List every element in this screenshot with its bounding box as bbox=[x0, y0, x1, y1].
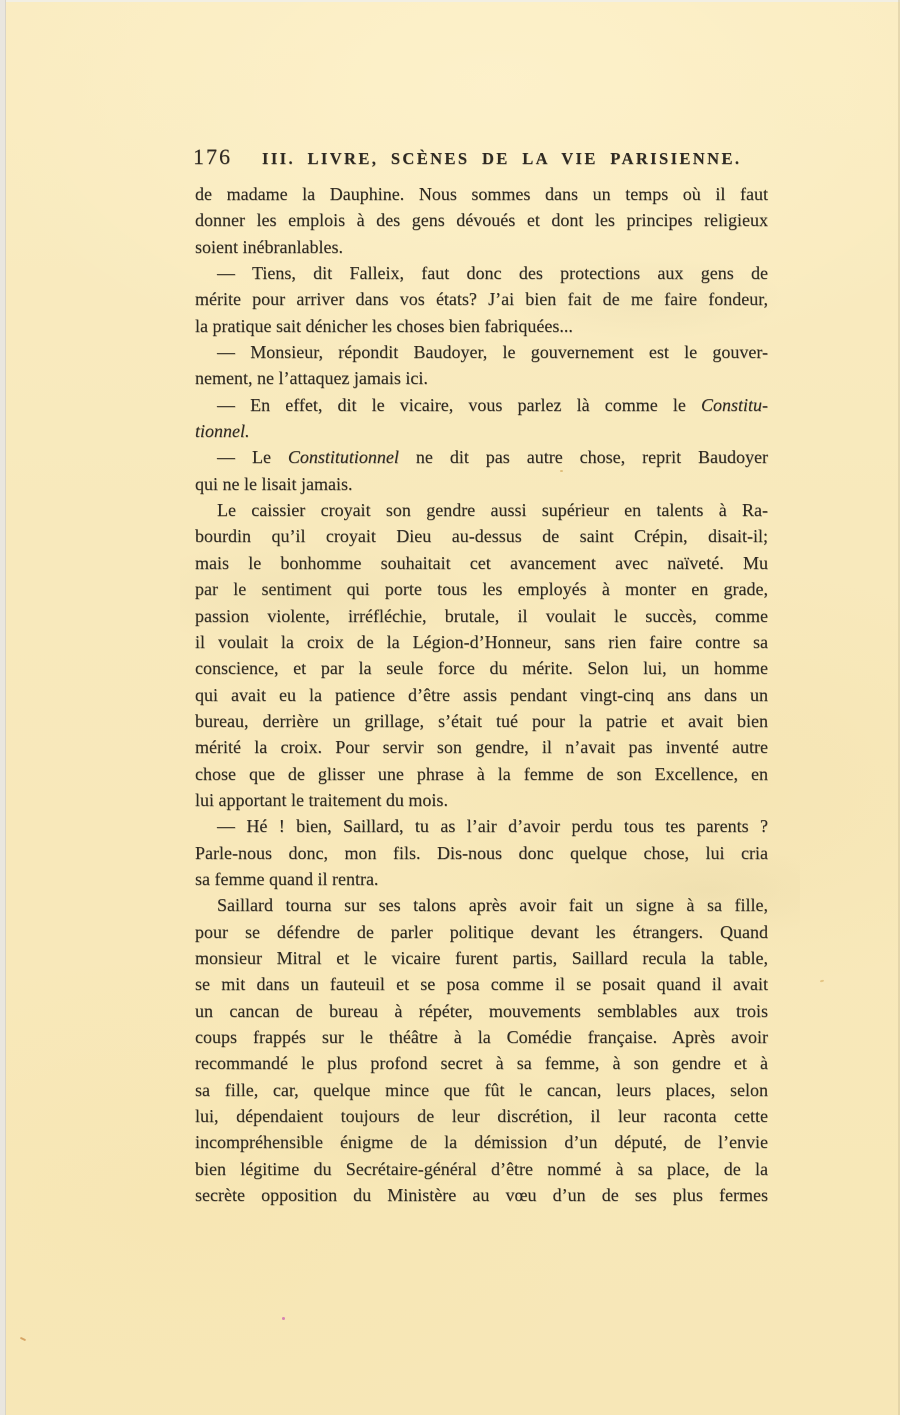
text-line: conscience, et par la seule force du mér… bbox=[195, 655, 768, 681]
text-line: donner les emplois à des gens dévoués et… bbox=[195, 207, 768, 233]
text-line: nement, ne l’attaquez jamais ici. bbox=[195, 365, 768, 391]
text-line: mérite pour arriver dans vos états? J’ai… bbox=[195, 286, 768, 312]
text-segment: qui ne le lisait jamais. bbox=[195, 474, 352, 494]
text-line: monsieur Mitral et le vicaire furent par… bbox=[195, 945, 768, 971]
text-segment: un cancan de bureau à répéter, mouvement… bbox=[195, 1001, 768, 1021]
text-line: — Le Constitutionnel ne dit pas autre ch… bbox=[195, 444, 768, 470]
paragraph: Le caissier croyait son gendre aussi sup… bbox=[195, 497, 768, 813]
paragraph: — Le Constitutionnel ne dit pas autre ch… bbox=[195, 444, 768, 497]
text-segment: secrète opposition du Ministère au vœu d… bbox=[195, 1185, 768, 1205]
text-line: un cancan de bureau à répéter, mouvement… bbox=[195, 998, 768, 1024]
text-segment: qui avait eu la patience d’être assis pe… bbox=[195, 685, 768, 705]
text-segment: la pratique sait dénicher les choses bie… bbox=[195, 316, 573, 336]
text-segment: par le sentiment qui porte tous les empl… bbox=[195, 579, 768, 599]
text-line: bureau, derrière un grillage, s’était tu… bbox=[195, 708, 768, 734]
text-segment: bourdin qu’il croyait Dieu au-dessus de … bbox=[195, 526, 768, 546]
text-line: mais le bonhomme souhaitait cet avanceme… bbox=[195, 550, 768, 576]
paper-speck bbox=[282, 1317, 285, 1320]
running-title: III. LIVRE, SCÈNES DE LA VIE PARISIENNE. bbox=[262, 149, 741, 169]
text-line: qui ne le lisait jamais. bbox=[195, 471, 768, 497]
text-segment: passion violente, irréfléchie, brutale, … bbox=[195, 606, 768, 626]
text-line: mérité la croix. Pour servir son gendre,… bbox=[195, 734, 768, 760]
text-segment: nement, ne l’attaquez jamais ici. bbox=[195, 368, 428, 388]
text-line: bien légitime du Secrétaire-général d’êt… bbox=[195, 1156, 768, 1182]
text-segment: bien légitime du Secrétaire-général d’êt… bbox=[195, 1159, 768, 1179]
text-segment: mérité la croix. Pour servir son gendre,… bbox=[195, 737, 768, 757]
text-line: soient inébranlables. bbox=[195, 234, 768, 260]
text-line: tionnel. bbox=[195, 418, 768, 444]
text-segment: sa fille, car, quelque mince que fût le … bbox=[195, 1080, 768, 1100]
text-segment: se mit dans un fauteuil et se posa comme… bbox=[195, 974, 768, 994]
text-segment: soient inébranlables. bbox=[195, 237, 343, 257]
text-line: Saillard tourna sur ses talons après avo… bbox=[195, 892, 768, 918]
text-segment: sa femme quand il rentra. bbox=[195, 869, 378, 889]
text-segment: Parle-nous donc, mon fils. Dis-nous donc… bbox=[195, 843, 768, 863]
text-segment: incompréhensible énigme de la démission … bbox=[195, 1132, 768, 1152]
text-line: coups frappés sur le théâtre à la Comédi… bbox=[195, 1024, 768, 1050]
text-segment: ne dit pas autre chose, reprit Baudoyer bbox=[399, 447, 768, 467]
text-segment: lui, dépendaient toujours de leur discré… bbox=[195, 1106, 768, 1126]
italic-text-segment: Constitu- bbox=[701, 395, 768, 415]
text-line: par le sentiment qui porte tous les empl… bbox=[195, 576, 768, 602]
text-line: bourdin qu’il croyait Dieu au-dessus de … bbox=[195, 523, 768, 549]
text-line: Parle-nous donc, mon fils. Dis-nous donc… bbox=[195, 840, 768, 866]
text-segment: de madame la Dauphine. Nous sommes dans … bbox=[195, 184, 768, 204]
paragraph: de madame la Dauphine. Nous sommes dans … bbox=[195, 181, 768, 260]
text-segment: coups frappés sur le théâtre à la Comédi… bbox=[195, 1027, 768, 1047]
scanned-book-page: 176 III. LIVRE, SCÈNES DE LA VIE PARISIE… bbox=[0, 0, 900, 1415]
text-line: — Tiens, dit Falleix, faut donc des prot… bbox=[195, 260, 768, 286]
text-segment: il voulait la croix de la Légion-d’Honne… bbox=[195, 632, 768, 652]
text-line: sa femme quand il rentra. bbox=[195, 866, 768, 892]
scan-edge-left bbox=[0, 0, 6, 1415]
paragraph: Saillard tourna sur ses talons après avo… bbox=[195, 892, 768, 1208]
text-line: de madame la Dauphine. Nous sommes dans … bbox=[195, 181, 768, 207]
text-line: pour se défendre de parler politique dev… bbox=[195, 919, 768, 945]
text-block: de madame la Dauphine. Nous sommes dans … bbox=[195, 181, 768, 1208]
text-segment: recommandé le plus profond secret à sa f… bbox=[195, 1053, 768, 1073]
text-segment: bureau, derrière un grillage, s’était tu… bbox=[195, 711, 768, 731]
text-line: se mit dans un fauteuil et se posa comme… bbox=[195, 971, 768, 997]
text-line: lui apportant le traitement du mois. bbox=[195, 787, 768, 813]
text-line: Le caissier croyait son gendre aussi sup… bbox=[195, 497, 768, 523]
text-segment: pour se défendre de parler politique dev… bbox=[195, 922, 768, 942]
text-line: — Hé ! bien, Saillard, tu as l’air d’avo… bbox=[195, 813, 768, 839]
paragraph: — Tiens, dit Falleix, faut donc des prot… bbox=[195, 260, 768, 339]
text-segment: — Le bbox=[217, 447, 288, 467]
text-line: la pratique sait dénicher les choses bie… bbox=[195, 313, 768, 339]
text-line: lui, dépendaient toujours de leur discré… bbox=[195, 1103, 768, 1129]
text-line: qui avait eu la patience d’être assis pe… bbox=[195, 682, 768, 708]
paragraph: — Hé ! bien, Saillard, tu as l’air d’avo… bbox=[195, 813, 768, 892]
text-line: il voulait la croix de la Légion-d’Honne… bbox=[195, 629, 768, 655]
text-segment: Saillard tourna sur ses talons après avo… bbox=[217, 895, 768, 915]
paragraph: — Monsieur, répondit Baudoyer, le gouver… bbox=[195, 339, 768, 392]
text-segment: lui apportant le traitement du mois. bbox=[195, 790, 448, 810]
text-segment: conscience, et par la seule force du mér… bbox=[195, 658, 768, 678]
text-line: secrète opposition du Ministère au vœu d… bbox=[195, 1182, 768, 1208]
text-line: — Monsieur, répondit Baudoyer, le gouver… bbox=[195, 339, 768, 365]
text-segment: donner les emplois à des gens dévoués et… bbox=[195, 210, 768, 230]
text-segment: — Monsieur, répondit Baudoyer, le gouver… bbox=[217, 342, 768, 362]
text-segment: Le caissier croyait son gendre aussi sup… bbox=[217, 500, 768, 520]
scan-edge-top bbox=[6, 0, 900, 2]
text-line: recommandé le plus profond secret à sa f… bbox=[195, 1050, 768, 1076]
text-line: incompréhensible énigme de la démission … bbox=[195, 1129, 768, 1155]
paper-speck bbox=[560, 470, 563, 472]
text-segment: — Tiens, dit Falleix, faut donc des prot… bbox=[217, 263, 768, 283]
text-segment: — Hé ! bien, Saillard, tu as l’air d’avo… bbox=[217, 816, 768, 836]
page-number: 176 bbox=[193, 144, 232, 170]
text-segment: mais le bonhomme souhaitait cet avanceme… bbox=[195, 553, 768, 573]
text-line: chose que de glisser une phrase à la fem… bbox=[195, 761, 768, 787]
text-line: — En effet, dit le vicaire, vous parlez … bbox=[195, 392, 768, 418]
paragraph: — En effet, dit le vicaire, vous parlez … bbox=[195, 392, 768, 445]
italic-text-segment: Constitutionnel bbox=[288, 447, 399, 467]
italic-text-segment: tionnel. bbox=[195, 421, 250, 441]
text-line: passion violente, irréfléchie, brutale, … bbox=[195, 603, 768, 629]
text-segment: — En effet, dit le vicaire, vous parlez … bbox=[217, 395, 701, 415]
text-line: sa fille, car, quelque mince que fût le … bbox=[195, 1077, 768, 1103]
text-segment: monsieur Mitral et le vicaire furent par… bbox=[195, 948, 768, 968]
text-segment: mérite pour arriver dans vos états? J’ai… bbox=[195, 289, 768, 309]
text-segment: chose que de glisser une phrase à la fem… bbox=[195, 764, 768, 784]
